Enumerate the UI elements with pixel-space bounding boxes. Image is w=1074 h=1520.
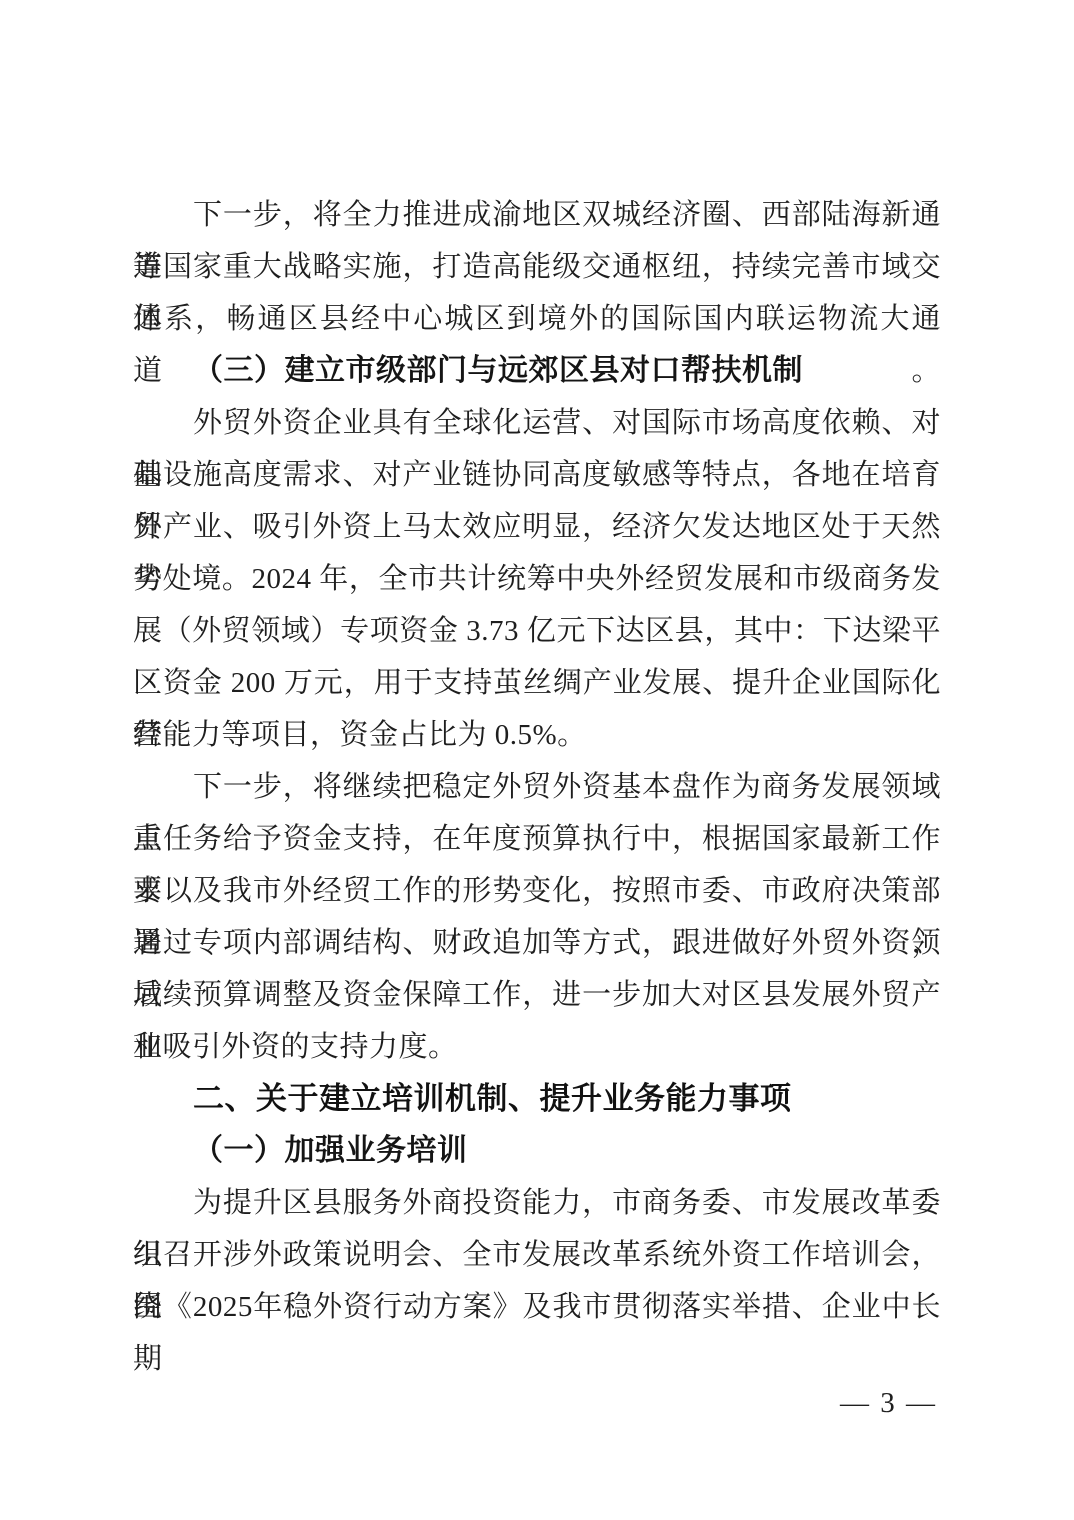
text-line: 区资金 200 万元，用于支持茧丝绸产业发展、提升企业国际化经 — [133, 657, 941, 709]
text-line: 织召开涉外政策说明会、全市发展改革系统外资工作培训会，围 — [133, 1229, 941, 1281]
text-line: 为提升区县服务外商投资能力，市商务委、市发展改革委组 — [133, 1177, 941, 1229]
heading-section-2-1: （一）加强业务培训 — [133, 1125, 941, 1177]
text-line: 营能力等项目，资金占比为 0.5%。 — [133, 709, 941, 761]
text-line: 展（外贸领域）专项资金 3.73 亿元下达区县，其中：下达梁平 — [133, 605, 941, 657]
document-body: 下一步，将全力推进成渝地区双城经济圈、西部陆海新通道等国家重大战略实施，打造高能… — [133, 189, 941, 1333]
text-line: 外贸外资企业具有全球化运营、对国际市场高度依赖、对基 — [133, 397, 941, 449]
text-line: 下一步，将继续把稳定外贸外资基本盘作为商务发展领域重 — [133, 761, 941, 813]
text-line: 求以及我市外经贸工作的形势变化，按照市委、市政府决策部署， — [133, 865, 941, 917]
text-line: 势处境。2024 年，全市共计统筹中央外经贸发展和市级商务发 — [133, 553, 941, 605]
text-line: 绕《2025年稳外资行动方案》及我市贯彻落实举措、企业中长期 — [133, 1281, 941, 1333]
page-number: — 3 — — [840, 1383, 937, 1423]
text-line: 后续预算调整及资金保障工作，进一步加大对区县发展外贸产业 — [133, 969, 941, 1021]
text-line: 下一步，将全力推进成渝地区双城经济圈、西部陆海新通道 — [133, 189, 941, 241]
text-line: 通过专项内部调结构、财政追加等方式，跟进做好外贸外资领域 — [133, 917, 941, 969]
document-page: 下一步，将全力推进成渝地区双城经济圈、西部陆海新通道等国家重大战略实施，打造高能… — [0, 0, 1074, 1520]
text-line: 贸产业、吸引外资上马太效应明显，经济欠发达地区处于天然劣 — [133, 501, 941, 553]
text-line: 等国家重大战略实施，打造高能级交通枢纽，持续完善市域交通 — [133, 241, 941, 293]
text-line: 点任务给予资金支持，在年度预算执行中，根据国家最新工作要 — [133, 813, 941, 865]
text-line: 体系，畅通区县经中心城区到境外的国际国内联运物流大通道。 — [133, 293, 941, 345]
heading-section-2-main: 二、关于建立培训机制、提升业务能力事项 — [133, 1073, 941, 1125]
text-line: 础设施高度需求、对产业链协同高度敏感等特点，各地在培育外 — [133, 449, 941, 501]
text-line: 和吸引外资的支持力度。 — [133, 1021, 941, 1073]
